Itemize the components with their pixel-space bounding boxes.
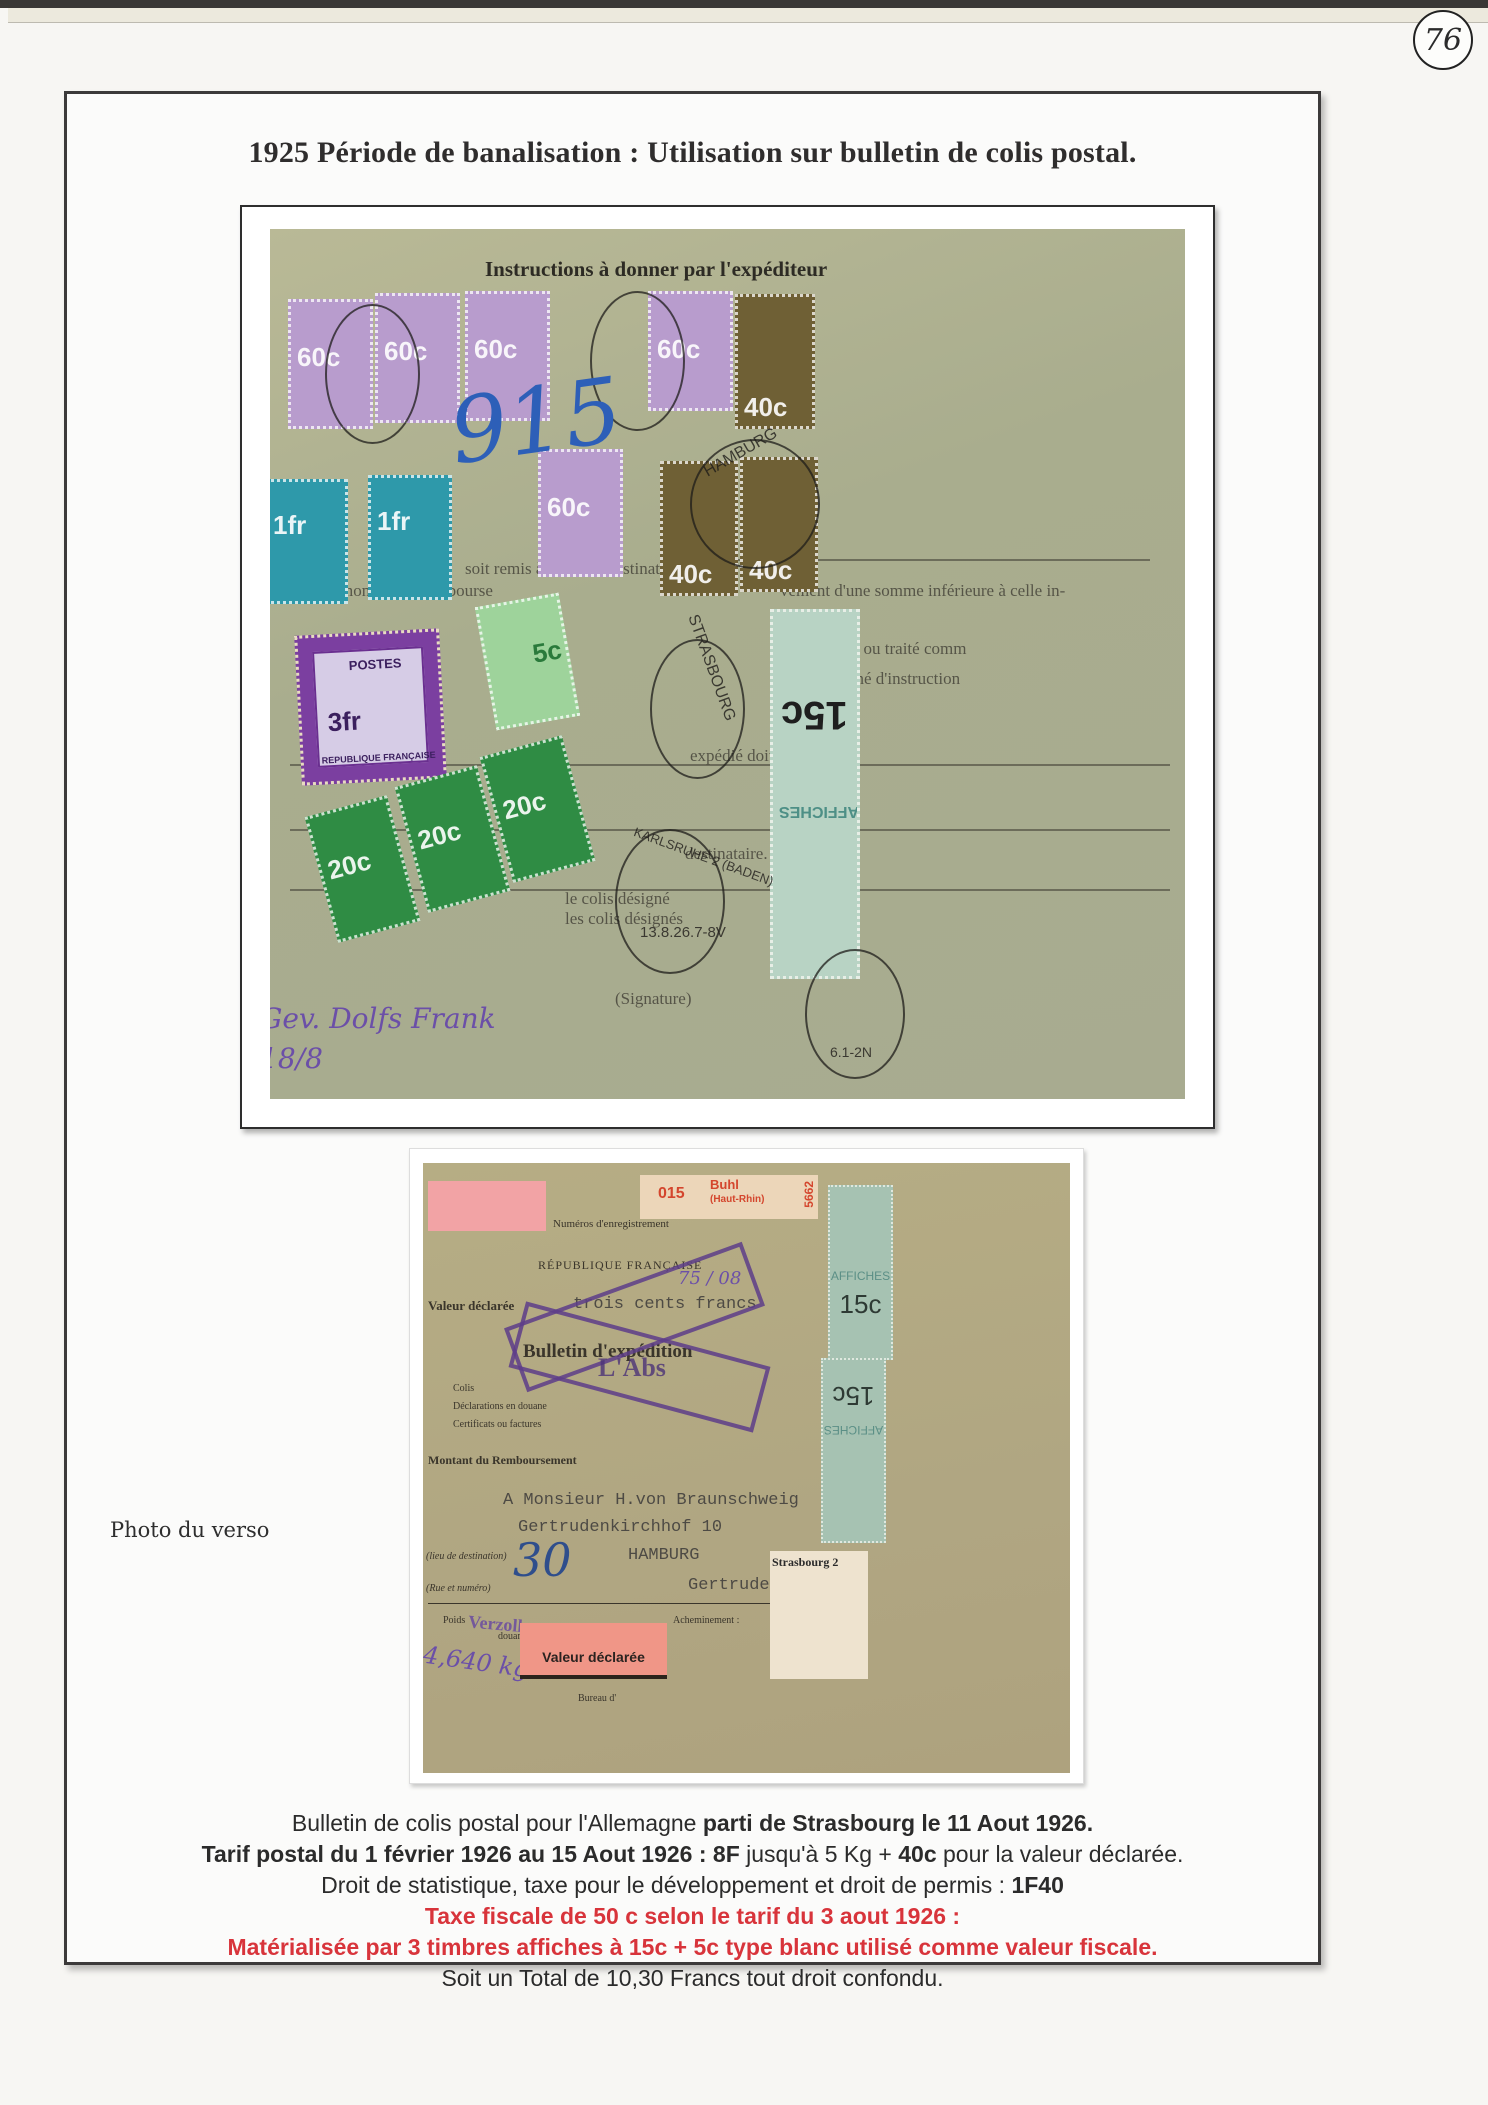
form-rue: (Rue et numéro) xyxy=(426,1583,491,1594)
description-line-2: Tarif postal du 1 février 1926 au 15 Aou… xyxy=(64,1839,1321,1870)
stamp-pasteur-1fr: 1fr xyxy=(368,475,452,600)
album-page-edge xyxy=(8,8,1488,23)
stamp-semeuse-40c: 40c xyxy=(735,294,815,429)
handwritten-date: 75 / 08 xyxy=(678,1268,741,1289)
description-line-4: Taxe fiscale de 50 c selon le tarif du 3… xyxy=(64,1901,1321,1932)
form-certificats: Certificats ou factures xyxy=(453,1419,541,1430)
form-acheminement: Acheminement : xyxy=(673,1615,739,1626)
address-line: HAMBURG xyxy=(628,1546,699,1565)
description-line-5: Matérialisée par 3 timbres affiches à 15… xyxy=(64,1932,1321,1963)
form-lieu: (lieu de destination) xyxy=(426,1551,507,1562)
form-valeur-declaree: Valeur déclarée xyxy=(428,1298,514,1314)
fiscal-affiches-15c: 15c AFFICHES xyxy=(821,1358,886,1543)
description-block: Bulletin de colis postal pour l'Allemagn… xyxy=(64,1808,1321,1994)
stamp-pasteur-1fr: 1fr xyxy=(270,479,348,604)
verso-photo: 015 Buhl (Haut-Rhin) 5662 Numéros d'enre… xyxy=(409,1148,1084,1784)
page-title: 1925 Période de banalisation : Utilisati… xyxy=(64,136,1321,170)
handwritten-violet-note: Gev. Dolfs Frank 18/8 xyxy=(270,999,560,1079)
parcel-card-verso: 015 Buhl (Haut-Rhin) 5662 Numéros d'enre… xyxy=(423,1163,1070,1773)
postmark-hamburg-2-date: 6.1-2N xyxy=(830,1044,872,1060)
postmark-karlsruhe-date: 13.8.26.7-8V xyxy=(640,924,726,941)
description-line-1: Bulletin de colis postal pour l'Allemagn… xyxy=(64,1808,1321,1839)
recto-photo: Instructions à donner par l'expéditeur s… xyxy=(240,205,1215,1129)
album-top-edge xyxy=(0,0,1488,8)
form-numeros: Numéros d'enregistrement xyxy=(553,1218,669,1230)
verso-caption: Photo du verso xyxy=(110,1518,269,1542)
form-heading: Instructions à donner par l'expéditeur xyxy=(485,257,827,282)
stamp-affiches-15c: 15c AFFICHES xyxy=(770,609,860,979)
page-number-badge: 76 xyxy=(1413,10,1473,70)
strasbourg-label: Strasbourg 2 xyxy=(770,1551,868,1679)
form-bureau: Bureau d' xyxy=(578,1693,616,1704)
postmark-buhl xyxy=(325,304,420,444)
violet-stamp-text: L'Abs xyxy=(598,1353,666,1383)
registration-label: 015 Buhl (Haut-Rhin) 5662 xyxy=(640,1175,818,1219)
form-line xyxy=(428,1603,808,1604)
form-colis: Colis xyxy=(453,1383,474,1394)
stamp-merson-3fr: 3fr POSTES REPUBLIQUE FRANÇAISE xyxy=(294,628,447,785)
handwritten-weight: 4,640 kg xyxy=(423,1641,531,1684)
form-text: (Signature) xyxy=(615,989,691,1009)
form-poids: Poids xyxy=(443,1615,465,1626)
pink-tab xyxy=(428,1181,546,1231)
form-declarations: Déclarations en douane xyxy=(453,1401,547,1412)
fiscal-affiches-15c: AFFICHES 15c xyxy=(828,1185,893,1360)
form-montant: Montant du Remboursement xyxy=(428,1453,577,1468)
form-text: vement d'une somme inférieure à celle in… xyxy=(780,581,1065,601)
valeur-declaree-label: Valeur déclarée xyxy=(520,1623,667,1679)
postmark-hamburg xyxy=(690,439,820,569)
parcel-card-recto: Instructions à donner par l'expéditeur s… xyxy=(270,229,1185,1099)
description-line-6: Soit un Total de 10,30 Francs tout droit… xyxy=(64,1963,1321,1994)
stamp-blanc-5c: 5c xyxy=(475,593,580,731)
handwritten-30: 30 xyxy=(513,1533,572,1587)
description-line-3: Droit de statistique, taxe pour le dével… xyxy=(64,1870,1321,1901)
address-line: A Monsieur H.von Braunschweig xyxy=(503,1491,799,1510)
